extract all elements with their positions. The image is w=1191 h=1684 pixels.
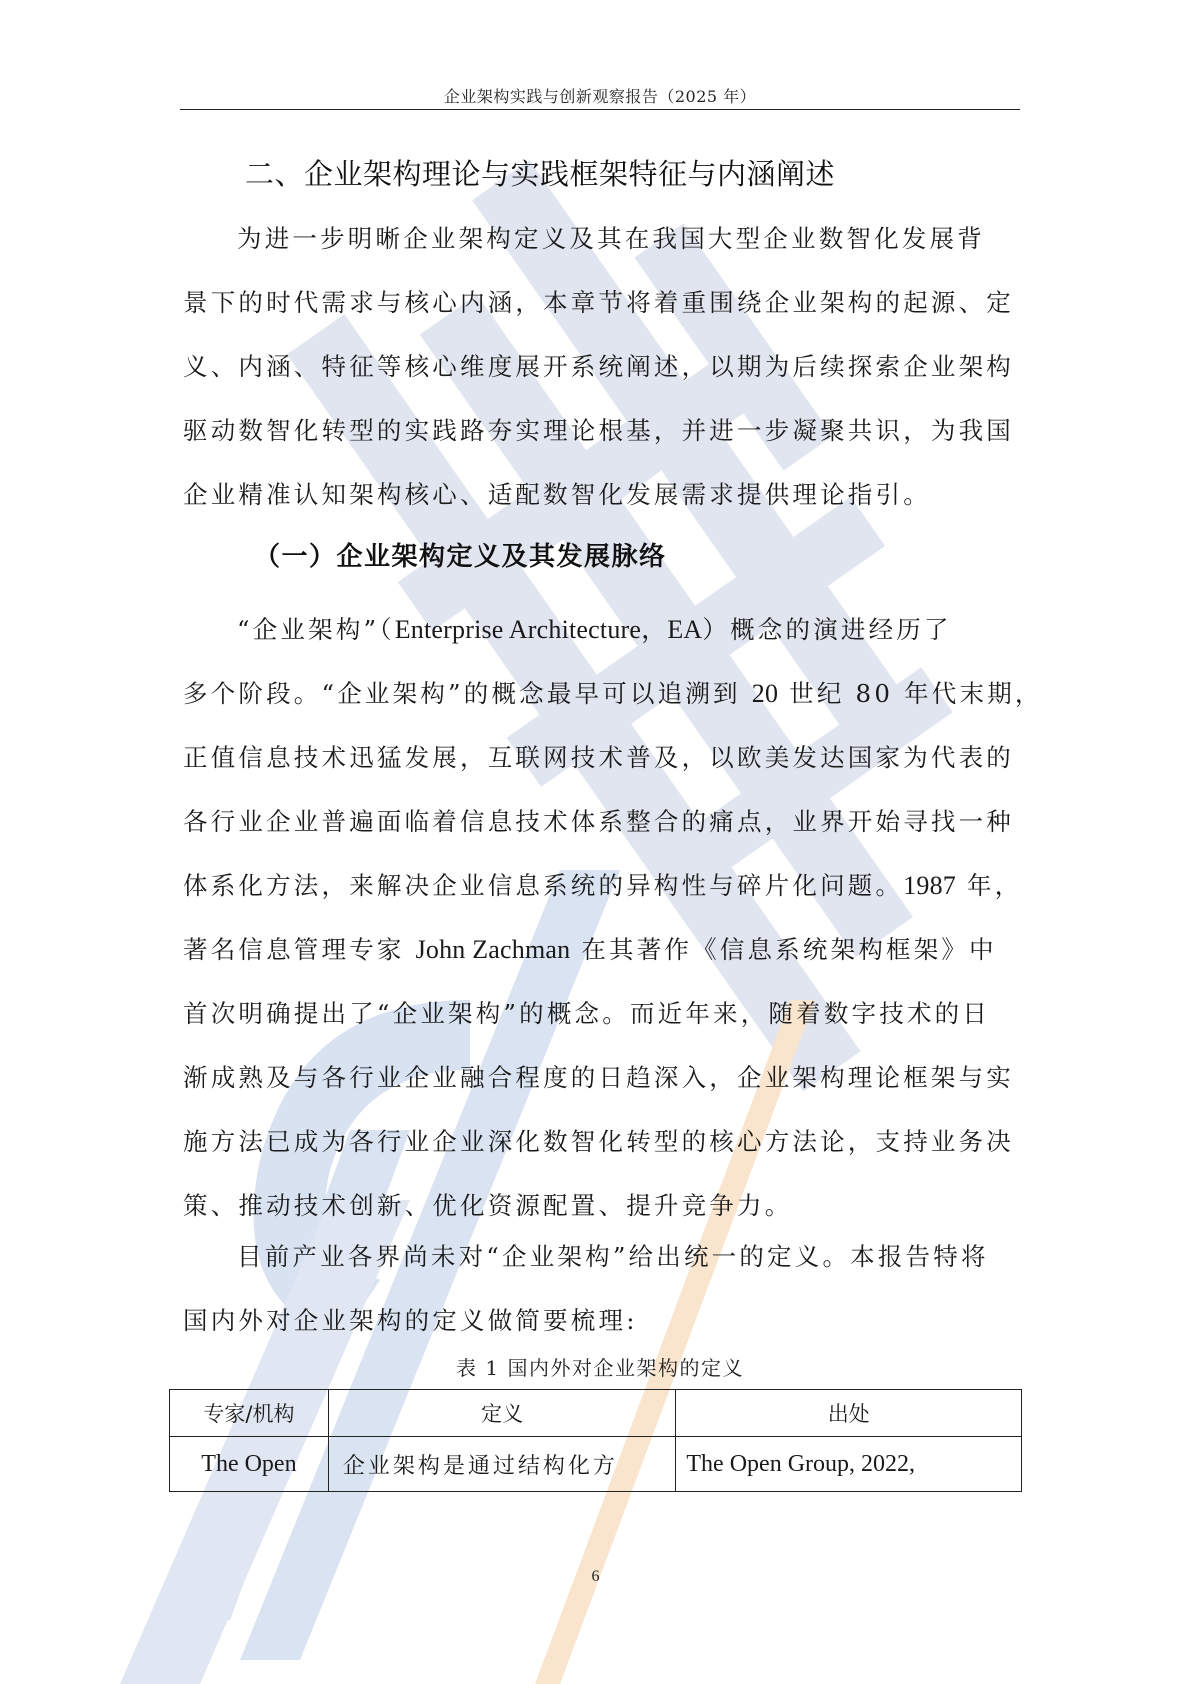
paragraph-line: 国内外对企业架构的定义做简要梳理:	[183, 1289, 1015, 1353]
running-header: 企业架构实践与创新观察报告（2025 年）	[180, 84, 1020, 107]
paragraph-line: 企业精准认知架构核心、适配数智化发展需求提供理论指引。	[183, 463, 1015, 527]
column-header-definition: 定义	[328, 1390, 676, 1437]
text-run: 渐成熟及与各行业企业融合程度的日趋深入，企业架构理论框架与实	[183, 1063, 1014, 1092]
text-run: 世纪 80 年代末期，	[778, 679, 1042, 708]
paragraph-line: 义、内涵、特征等核心维度展开系统阐述，以期为后续探索企业架构	[183, 335, 1015, 399]
paragraph-line: 首次明确提出了“企业架构”的概念。而近年来，随着数字技术的日	[183, 982, 1015, 1046]
text-run: ）概念的演进经历了	[702, 615, 951, 644]
document-page: 企业架构实践与创新观察报告（2025 年） 二、企业架构理论与实践框架特征与内涵…	[0, 0, 1191, 1684]
column-header-source: 出处	[676, 1390, 1022, 1437]
text-run: 策、推动技术创新、优化资源配置、提升竞争力。	[183, 1191, 792, 1220]
paragraph-line: 各行业企业普遍面临着信息技术体系整合的痛点，业界开始寻找一种	[183, 790, 1015, 854]
header-divider	[180, 109, 1020, 110]
paragraph-line: 著名信息管理专家 John Zachman 在其著作《信息系统架构框架》中	[183, 918, 1015, 982]
latin-term: 20	[752, 679, 778, 708]
table-caption: 表 1 国内外对企业架构的定义	[180, 1352, 1020, 1381]
text-run: 各行业企业普遍面临着信息技术体系整合的痛点，业界开始寻找一种	[183, 807, 1014, 836]
paragraph-line: 施方法已成为各行业企业深化数智化转型的核心方法论，支持业务决	[183, 1110, 1015, 1174]
page-number: 6	[0, 1568, 1191, 1586]
latin-term: 1987	[903, 871, 956, 900]
intro-paragraph: 为进一步明晰企业架构定义及其在我国大型企业数智化发展背 景下的时代需求与核心内涵…	[183, 207, 1015, 527]
text-run: 正值信息技术迅猛发展，互联网技术普及，以欧美发达国家为代表的	[183, 743, 1014, 772]
paragraph-line: 为进一步明晰企业架构定义及其在我国大型企业数智化发展背	[183, 207, 1015, 271]
paragraph-line: 景下的时代需求与核心内涵，本章节将着重围绕企业架构的起源、定	[183, 271, 1015, 335]
definition-paragraph: 目前产业各界尚未对“企业架构”给出统一的定义。本报告特将 国内外对企业架构的定义…	[183, 1225, 1015, 1353]
text-run: 在其著作《信息系统架构框架》中	[570, 935, 997, 964]
paragraph-line: 渐成熟及与各行业企业融合程度的日趋深入，企业架构理论框架与实	[183, 1046, 1015, 1110]
text-run: 施方法已成为各行业企业深化数智化转型的核心方法论，支持业务决	[183, 1127, 1014, 1156]
text-run: 多个阶段。“企业架构”的概念最早可以追溯到	[183, 679, 752, 708]
column-header-expert: 专家/机构	[170, 1390, 329, 1437]
section-title: （一）企业架构定义及其发展脉络	[254, 536, 667, 573]
table-row: The Open 企业架构是通过结构化方 The Open Group, 202…	[170, 1437, 1022, 1492]
text-run: 体系化方法，来解决企业信息系统的异构性与碎片化问题。	[183, 871, 903, 900]
history-paragraph: “企业架构”（Enterprise Architecture，EA）概念的演进经…	[183, 598, 1015, 1238]
text-run: “企业架构”（	[237, 615, 395, 644]
cell-source: The Open Group, 2022,	[676, 1437, 1022, 1492]
paragraph-line: 多个阶段。“企业架构”的概念最早可以追溯到 20 世纪 80 年代末期，	[183, 662, 1015, 726]
cell-expert: The Open	[170, 1437, 329, 1492]
paragraph-line: 目前产业各界尚未对“企业架构”给出统一的定义。本报告特将	[183, 1225, 1015, 1289]
paragraph-line: “企业架构”（Enterprise Architecture，EA）概念的演进经…	[183, 598, 1015, 662]
latin-term: John Zachman	[416, 935, 571, 964]
text-run: 著名信息管理专家	[183, 935, 416, 964]
text-run: 首次明确提出了“企业架构”的概念。而近年来，随着数字技术的日	[183, 999, 990, 1028]
paragraph-line: 体系化方法，来解决企业信息系统的异构性与碎片化问题。1987 年，	[183, 854, 1015, 918]
latin-term: Enterprise Architecture，EA	[395, 615, 703, 644]
table-header-row: 专家/机构 定义 出处	[170, 1390, 1022, 1437]
text-run: 年，	[956, 871, 1022, 900]
cell-definition: 企业架构是通过结构化方	[328, 1437, 676, 1492]
definitions-table: 专家/机构 定义 出处 The Open 企业架构是通过结构化方 The Ope…	[169, 1389, 1022, 1492]
chapter-title: 二、企业架构理论与实践框架特征与内涵阐述	[245, 152, 835, 193]
paragraph-line: 正值信息技术迅猛发展，互联网技术普及，以欧美发达国家为代表的	[183, 726, 1015, 790]
paragraph-line: 驱动数智化转型的实践路夯实理论根基，并进一步凝聚共识，为我国	[183, 399, 1015, 463]
